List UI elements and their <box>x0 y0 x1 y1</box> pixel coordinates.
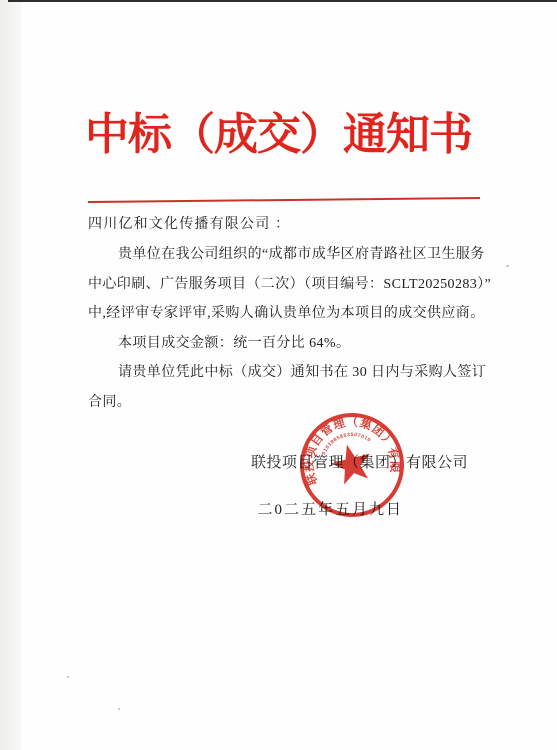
scan-speck <box>118 708 120 710</box>
document-title: 中标（成交）通知书 <box>0 98 557 162</box>
scanned-document-page: 中标（成交）通知书 四川亿和文化传播有限公司 ： 贵单位在我公司组织的“成都市成… <box>0 0 557 750</box>
body-line: 请贵单位凭此中标（成交）通知书在 30 日内与采购人签订 <box>88 358 470 388</box>
body-line: 合同。 <box>88 388 470 418</box>
body-line: 贵单位在我公司组织的“成都市成华区府青路社区卫生服务 <box>88 240 470 270</box>
scan-speck <box>506 265 509 267</box>
addressee-line: 四川亿和文化传播有限公司 ： <box>88 213 290 233</box>
body-paragraphs: 贵单位在我公司组织的“成都市成华区府青路社区卫生服务中心印刷、广告服务项目（二次… <box>88 240 470 417</box>
title-underline-rule <box>88 197 480 203</box>
seal-star-icon <box>328 440 376 487</box>
body-line: 中,经评审专家评审,采购人确认贵单位为本项目的成交供应商。 <box>88 299 470 329</box>
scan-speck <box>67 676 69 678</box>
body-line: 本项目成交金额：统一百分比 64%。 <box>88 329 470 359</box>
body-line: 中心印刷、广告服务项目（二次）（项目编号：SCLT20250283）” <box>88 270 470 300</box>
scan-top-edge-line <box>8 0 557 2</box>
